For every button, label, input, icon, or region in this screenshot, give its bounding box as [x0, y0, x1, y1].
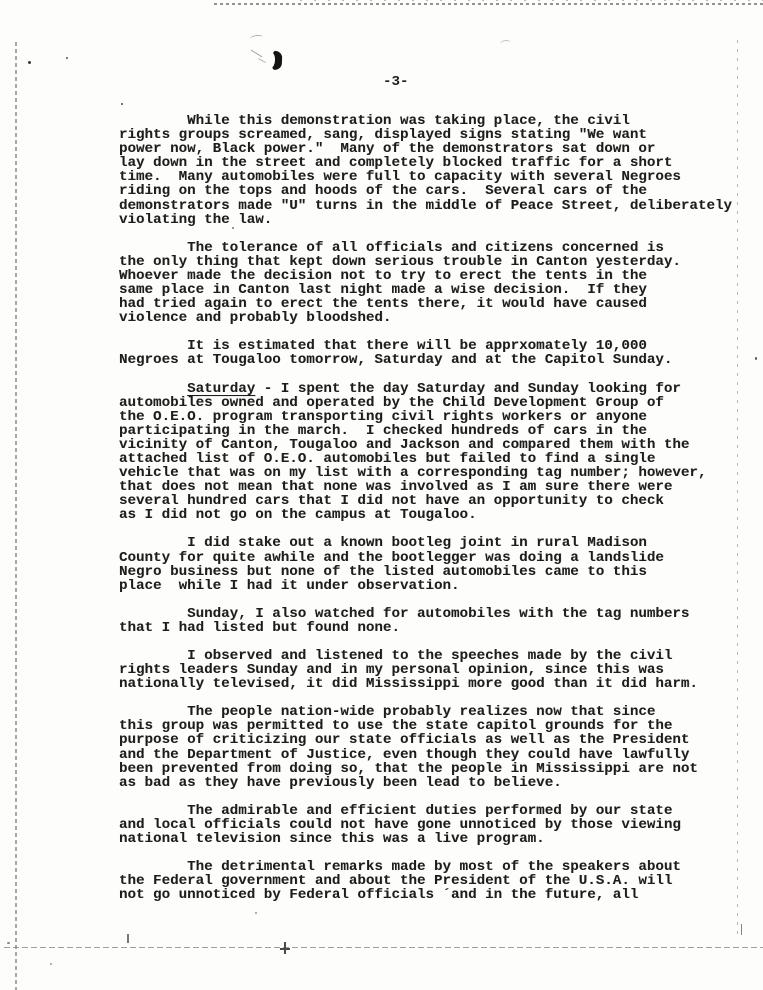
ink-speck — [741, 924, 742, 935]
typed-line: as bad as they have previously been lead… — [119, 776, 744, 790]
paragraph: While this demonstration was taking plac… — [119, 114, 744, 227]
document-page: -3- While this demonstration was taking … — [0, 0, 763, 990]
ink-speck — [50, 963, 52, 965]
paragraph: I observed and listened to the speeches … — [119, 649, 744, 691]
registration-cross-mark — [280, 942, 290, 954]
stray-pen-mark — [251, 50, 263, 58]
typed-line: same place in Canton last night made a w… — [119, 283, 744, 297]
stray-pen-mark — [258, 58, 266, 63]
page-number: -3- — [383, 74, 409, 90]
typed-line: violence and probably bloodshed. — [119, 311, 744, 325]
typed-line: Sunday, I also watched for automobiles w… — [119, 607, 744, 621]
paragraph: It is estimated that there will be apprx… — [119, 339, 744, 367]
typed-line: the only thing that kept down serious tr… — [119, 255, 744, 269]
typed-line: as I did not go on the campus at Tougalo… — [119, 508, 744, 522]
paragraph: Saturday - I spent the day Saturday and … — [119, 382, 744, 523]
typed-line: nationally televised, it did Mississippi… — [119, 677, 744, 691]
typed-line: I observed and listened to the speeches … — [119, 649, 744, 663]
typed-line: Saturday - I spent the day Saturday and … — [119, 382, 744, 396]
typed-line: The detrimental remarks made by most of … — [119, 860, 744, 874]
typed-line: national television since this was a liv… — [119, 832, 744, 846]
typed-line: lay down in the street and completely bl… — [119, 156, 744, 170]
paragraph: The admirable and efficient duties perfo… — [119, 804, 744, 846]
typed-line: vicinity of Canton, Tougaloo and Jackson… — [119, 438, 744, 452]
typed-line: The admirable and efficient duties perfo… — [119, 804, 744, 818]
typed-line: rights groups screamed, sang, displayed … — [119, 128, 744, 142]
typed-line: Negro business but none of the listed au… — [119, 565, 744, 579]
typed-line: time. Many automobiles were full to capa… — [119, 170, 744, 184]
typed-line: that does not mean that none was involve… — [119, 480, 744, 494]
typed-line: It is estimated that there will be apprx… — [119, 339, 744, 353]
typed-line: While this demonstration was taking plac… — [119, 114, 744, 128]
typed-line: and local officials could not have gone … — [119, 818, 744, 832]
typed-line: had tried again to erect the tents there… — [119, 297, 744, 311]
paragraph: The tolerance of all officials and citiz… — [119, 241, 744, 326]
typed-line: this group was permitted to use the stat… — [119, 719, 744, 733]
typed-line: power now, Black power." Many of the dem… — [119, 142, 744, 156]
typed-line: participating in the march. I checked hu… — [119, 424, 744, 438]
ink-speck — [121, 103, 123, 105]
stray-curl-mark — [500, 40, 512, 48]
ink-speck — [255, 912, 257, 914]
paragraph: I did stake out a known bootleg joint in… — [119, 536, 744, 592]
ink-speck — [7, 942, 10, 944]
ink-speck — [127, 934, 129, 943]
typed-line: I did stake out a known bootleg joint in… — [119, 536, 744, 550]
typed-line: been prevented from doing so, that the p… — [119, 762, 744, 776]
typed-line: riding on the tops and hoods of the cars… — [119, 184, 744, 198]
typed-line: County for quite awhile and the bootlegg… — [119, 551, 744, 565]
typed-line: The people nation-wide probably realizes… — [119, 705, 744, 719]
paragraph: Sunday, I also watched for automobiles w… — [119, 607, 744, 635]
typed-line: rights leaders Sunday and in my personal… — [119, 663, 744, 677]
typed-line: and the Department of Justice, even thou… — [119, 748, 744, 762]
typed-line: purpose of criticizing our state officia… — [119, 733, 744, 747]
top-edge-dotted-line — [300, 0, 763, 1]
typed-line: that I had listed but found none. — [119, 621, 744, 635]
typed-line: The tolerance of all officials and citiz… — [119, 241, 744, 255]
top-edge-dashed-line — [214, 3, 763, 5]
stray-curl-mark — [250, 34, 264, 43]
typed-line: the O.E.O. program transporting civil ri… — [119, 410, 744, 424]
typed-line: automobiles owned and operated by the Ch… — [119, 396, 744, 410]
typed-line: violating the law. — [119, 213, 744, 227]
typed-line: vehicle that was on my list with a corre… — [119, 466, 744, 480]
typed-line: the Federal government and about the Pre… — [119, 874, 744, 888]
ink-speck — [755, 357, 757, 360]
ink-speck — [66, 57, 68, 59]
typed-line: demonstrators made "U" turns in the midd… — [119, 199, 744, 213]
left-edge-dotted-line — [15, 42, 17, 990]
document-body: While this demonstration was taking plac… — [119, 114, 744, 902]
ink-speck — [28, 61, 31, 64]
typed-line: several hundred cars that I did not have… — [119, 494, 744, 508]
ink-blot — [272, 51, 283, 70]
typed-line: not go unnoticed by Federal officials ´a… — [119, 888, 744, 902]
paragraph: The detrimental remarks made by most of … — [119, 860, 744, 902]
bottom-edge-dashed-line — [4, 947, 763, 948]
typed-line: Negroes at Tougaloo tomorrow, Saturday a… — [119, 353, 744, 367]
typed-line: attached list of O.E.O. automobiles but … — [119, 452, 744, 466]
typed-line: Whoever made the decision not to try to … — [119, 269, 744, 283]
typed-line: place while I had it under observation. — [119, 579, 744, 593]
paragraph: The people nation-wide probably realizes… — [119, 705, 744, 790]
